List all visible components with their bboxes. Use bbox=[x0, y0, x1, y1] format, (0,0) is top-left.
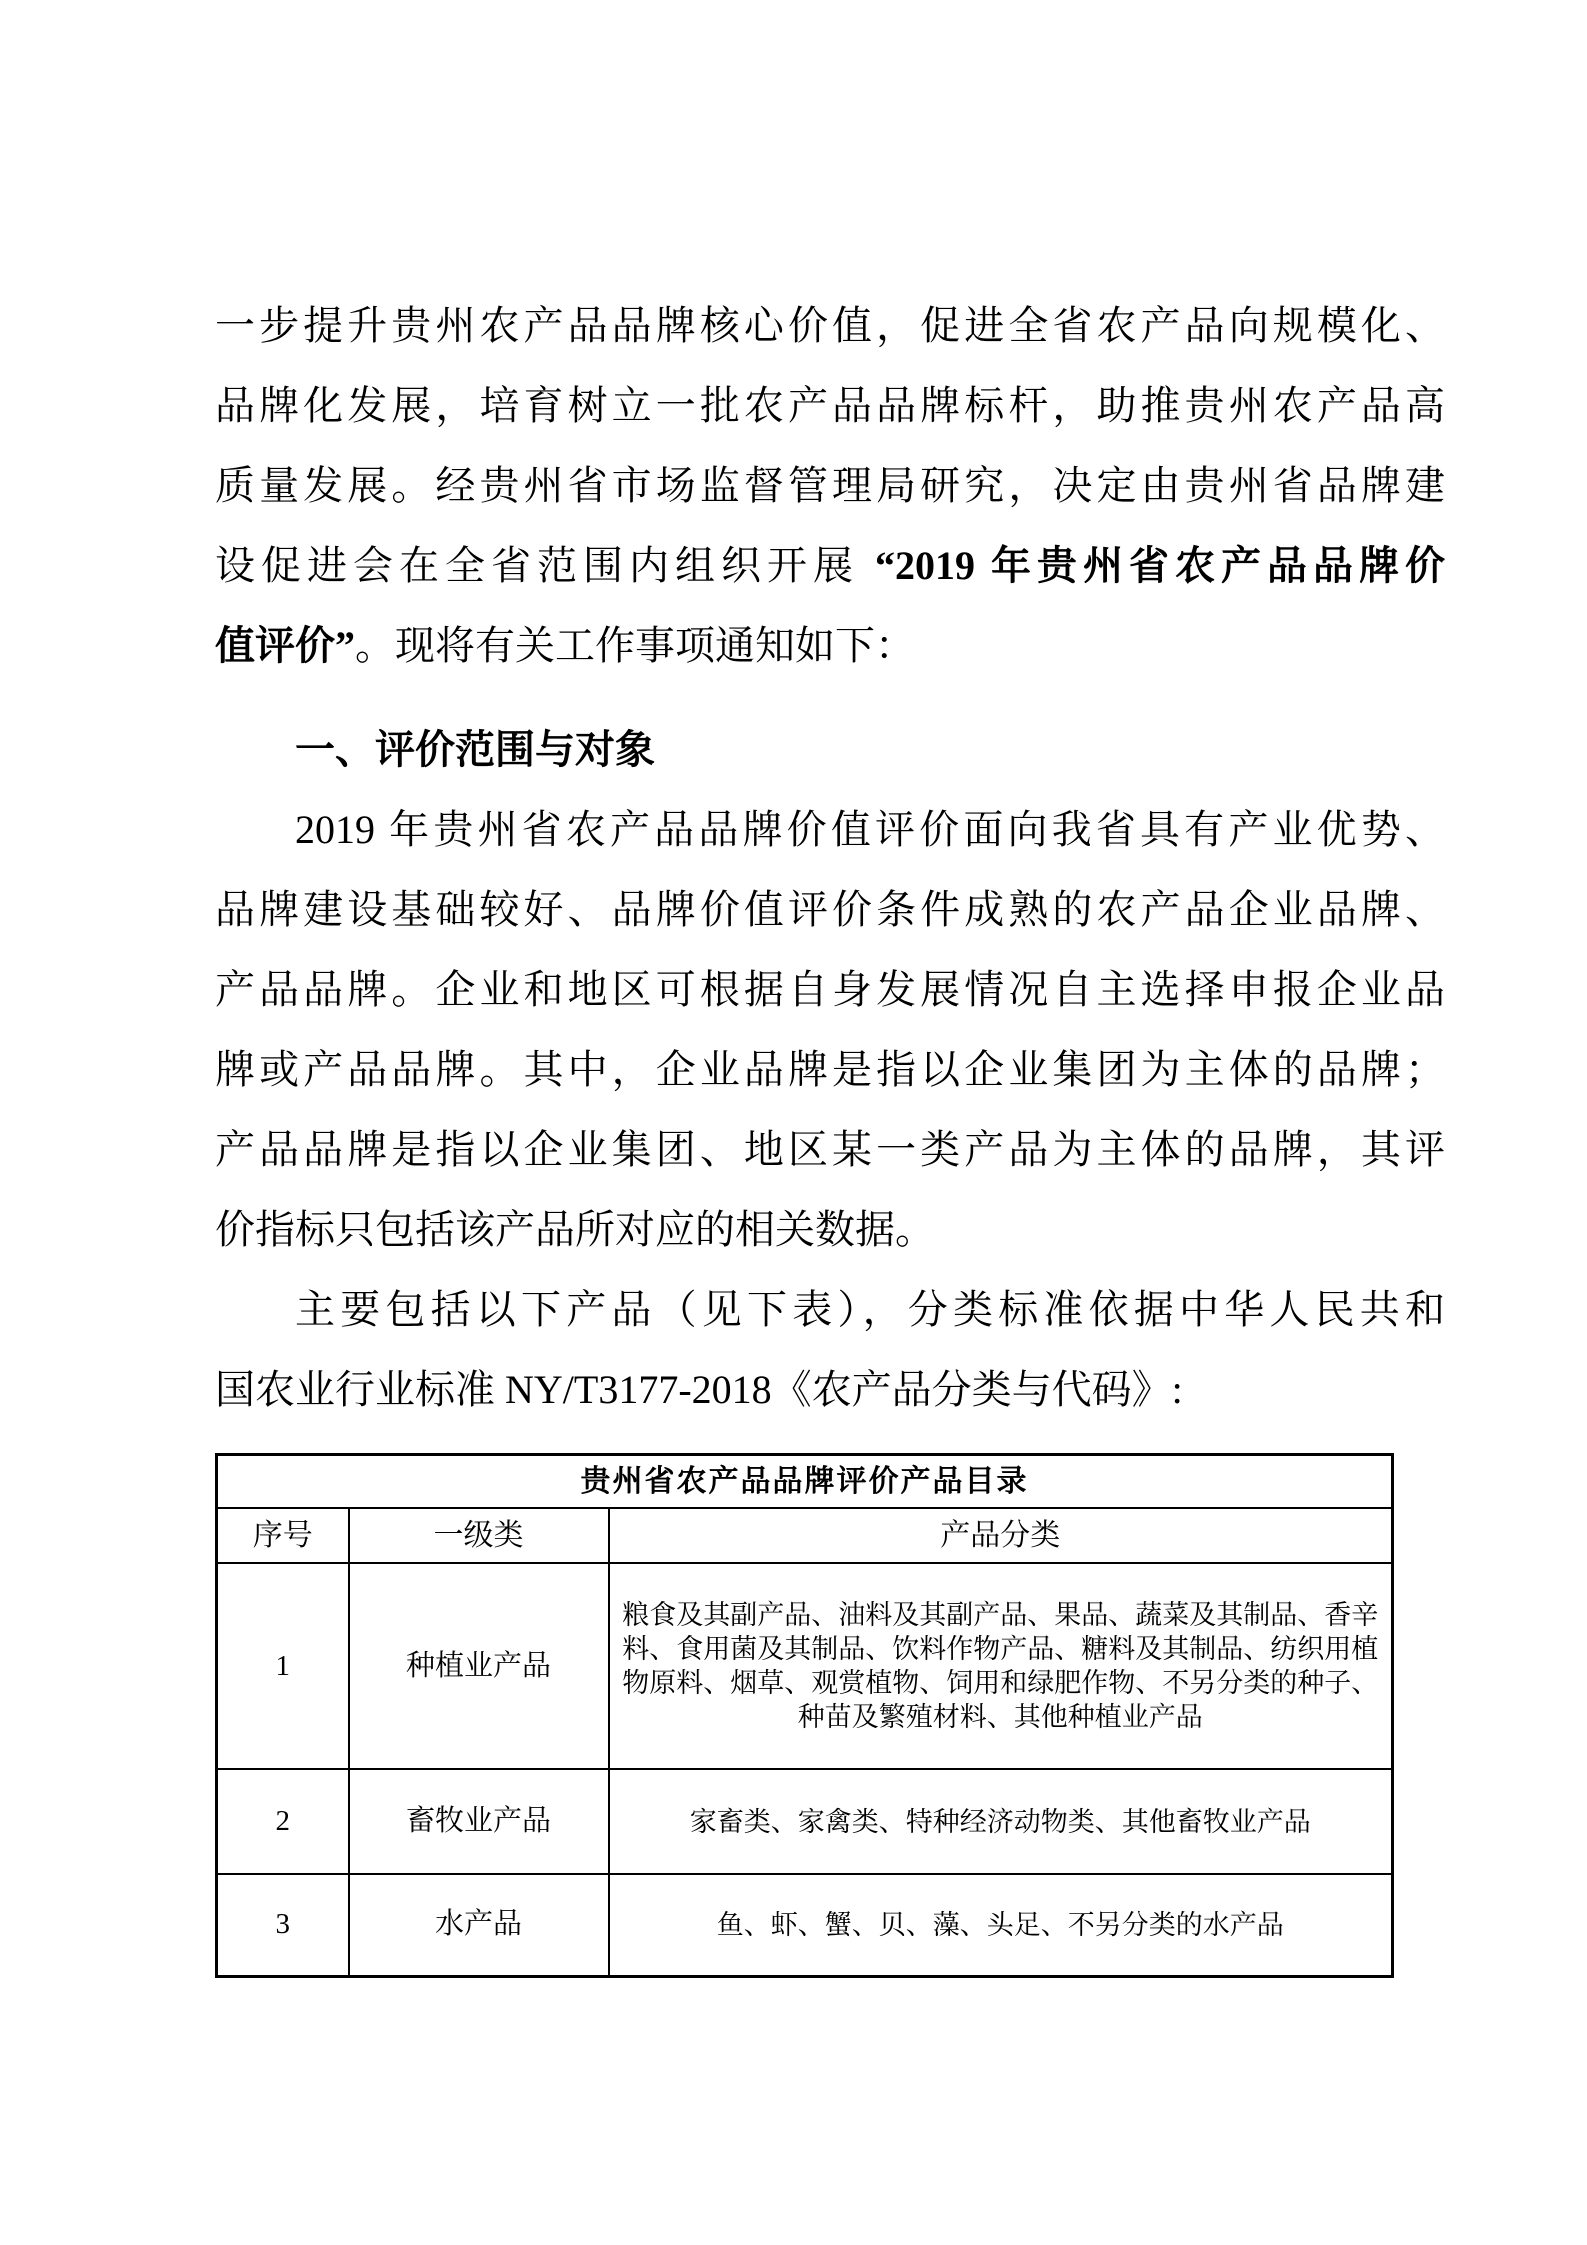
para2-line6: 价指标只包括该产品所对应的相关数据。 bbox=[215, 1190, 1445, 1270]
cell-products: 鱼、虾、蟹、贝、藻、头足、不另分类的水产品 bbox=[609, 1874, 1393, 1976]
para3-line1: 主要包括以下产品（见下表），分类标准依据中华人民共和 bbox=[215, 1270, 1445, 1350]
product-line: 粮食及其副产品、油料及其副产品、果品、蔬菜及其制品、香辛 bbox=[610, 1598, 1392, 1632]
para2-line3: 产品品牌。企业和地区可根据自身发展情况自主选择申报企业品 bbox=[215, 950, 1445, 1030]
para3-line2-text: 国农业行业标准 NY/T3177-2018《农产品分类与代码》: bbox=[215, 1367, 1183, 1412]
para2-line1-text: 2019 年贵州省农产品品牌价值评价面向我省具有产业优势、 bbox=[295, 807, 1445, 852]
para1-line5-text: 。现将有关工作事项通知如下： bbox=[355, 623, 915, 668]
cell-category: 畜牧业产品 bbox=[349, 1769, 609, 1874]
product-line: 家畜类、家禽类、特种经济动物类、其他畜牧业产品 bbox=[610, 1805, 1392, 1839]
cell-products: 粮食及其副产品、油料及其副产品、果品、蔬菜及其制品、香辛料、食用菌及其制品、饮料… bbox=[609, 1563, 1393, 1769]
products-table: 贵州省农产品品牌评价产品目录 序号 一级类 产品分类 1种植业产品粮食及其副产品… bbox=[215, 1453, 1394, 1978]
table-row: 1种植业产品粮食及其副产品、油料及其副产品、果品、蔬菜及其制品、香辛料、食用菌及… bbox=[217, 1563, 1393, 1769]
para1-line5-text: 值评价” bbox=[215, 623, 355, 668]
para2-line1: 2019 年贵州省农产品品牌价值评价面向我省具有产业优势、 bbox=[215, 790, 1445, 870]
para2-line4-text: 牌或产品品牌。其中，企业品牌是指以企业集团为主体的品牌； bbox=[215, 1047, 1445, 1092]
table-title-row: 贵州省农产品品牌评价产品目录 bbox=[217, 1455, 1393, 1509]
cell-category: 水产品 bbox=[349, 1874, 609, 1976]
cell-products: 家畜类、家禽类、特种经济动物类、其他畜牧业产品 bbox=[609, 1769, 1393, 1874]
product-line: 鱼、虾、蟹、贝、藻、头足、不另分类的水产品 bbox=[610, 1908, 1392, 1942]
section-heading: 一、评价范围与对象 bbox=[215, 710, 1445, 790]
product-line: 物原料、烟草、观赏植物、饲用和绿肥作物、不另分类的种子、 bbox=[610, 1666, 1392, 1700]
para1-line1-text: 一步提升贵州农产品品牌核心价值，促进全省农产品向规模化、 bbox=[215, 303, 1445, 348]
document-content: 一步提升贵州农产品品牌核心价值，促进全省农产品向规模化、品牌化发展，培育树立一批… bbox=[215, 286, 1445, 1978]
table-body: 1种植业产品粮食及其副产品、油料及其副产品、果品、蔬菜及其制品、香辛料、食用菌及… bbox=[217, 1563, 1393, 1976]
para2-line4: 牌或产品品牌。其中，企业品牌是指以企业集团为主体的品牌； bbox=[215, 1030, 1445, 1110]
para1-line4: 设促进会在全省范围内组织开展 “2019 年贵州省农产品品牌价 bbox=[215, 526, 1445, 606]
para1-line2-text: 品牌化发展，培育树立一批农产品品牌标杆，助推贵州农产品高 bbox=[215, 383, 1445, 428]
product-line: 种苗及繁殖材料、其他种植业产品 bbox=[610, 1700, 1392, 1734]
page: 一步提升贵州农产品品牌核心价值，促进全省农产品向规模化、品牌化发展，培育树立一批… bbox=[0, 0, 1587, 2245]
col-header-serial-number: 序号 bbox=[217, 1508, 349, 1563]
table-title: 贵州省农产品品牌评价产品目录 bbox=[217, 1455, 1393, 1509]
para1-line5: 值评价”。现将有关工作事项通知如下： bbox=[215, 606, 1445, 686]
para2-line3-text: 产品品牌。企业和地区可根据自身发展情况自主选择申报企业品 bbox=[215, 967, 1445, 1012]
table-row: 3水产品鱼、虾、蟹、贝、藻、头足、不另分类的水产品 bbox=[217, 1874, 1393, 1976]
para2-line5: 产品品牌是指以企业集团、地区某一类产品为主体的品牌，其评 bbox=[215, 1110, 1445, 1190]
para2-line5-text: 产品品牌是指以企业集团、地区某一类产品为主体的品牌，其评 bbox=[215, 1127, 1445, 1172]
para1-line3: 质量发展。经贵州省市场监督管理局研究，决定由贵州省品牌建 bbox=[215, 446, 1445, 526]
col-header-products: 产品分类 bbox=[609, 1508, 1393, 1563]
para2-line6-text: 价指标只包括该产品所对应的相关数据。 bbox=[215, 1207, 935, 1252]
section-heading-text: 一、评价范围与对象 bbox=[295, 728, 655, 772]
cell-serial-number: 3 bbox=[217, 1874, 349, 1976]
table-header-row: 序号 一级类 产品分类 bbox=[217, 1508, 1393, 1563]
cell-serial-number: 2 bbox=[217, 1769, 349, 1874]
para3-line2: 国农业行业标准 NY/T3177-2018《农产品分类与代码》: bbox=[215, 1350, 1445, 1430]
cell-category: 种植业产品 bbox=[349, 1563, 609, 1769]
product-line: 料、食用菌及其制品、饮料作物产品、糖料及其制品、纺织用植 bbox=[610, 1632, 1392, 1666]
para1-line3-text: 质量发展。经贵州省市场监督管理局研究，决定由贵州省品牌建 bbox=[215, 463, 1445, 508]
para1-line1: 一步提升贵州农产品品牌核心价值，促进全省农产品向规模化、 bbox=[215, 286, 1445, 366]
para2-line2: 品牌建设基础较好、品牌价值评价条件成熟的农产品企业品牌、 bbox=[215, 870, 1445, 950]
col-header-category: 一级类 bbox=[349, 1508, 609, 1563]
para1-line2: 品牌化发展，培育树立一批农产品品牌标杆，助推贵州农产品高 bbox=[215, 366, 1445, 446]
para3-line1-text: 主要包括以下产品（见下表），分类标准依据中华人民共和 bbox=[295, 1287, 1445, 1332]
para2-line2-text: 品牌建设基础较好、品牌价值评价条件成熟的农产品企业品牌、 bbox=[215, 887, 1445, 932]
body-text: 一步提升贵州农产品品牌核心价值，促进全省农产品向规模化、品牌化发展，培育树立一批… bbox=[215, 286, 1445, 1430]
para1-line4-text: “2019 年贵州省农产品品牌价 bbox=[875, 543, 1445, 588]
table-row: 2畜牧业产品家畜类、家禽类、特种经济动物类、其他畜牧业产品 bbox=[217, 1769, 1393, 1874]
cell-serial-number: 1 bbox=[217, 1563, 349, 1769]
para1-line4-text: 设促进会在全省范围内组织开展 bbox=[215, 543, 875, 588]
